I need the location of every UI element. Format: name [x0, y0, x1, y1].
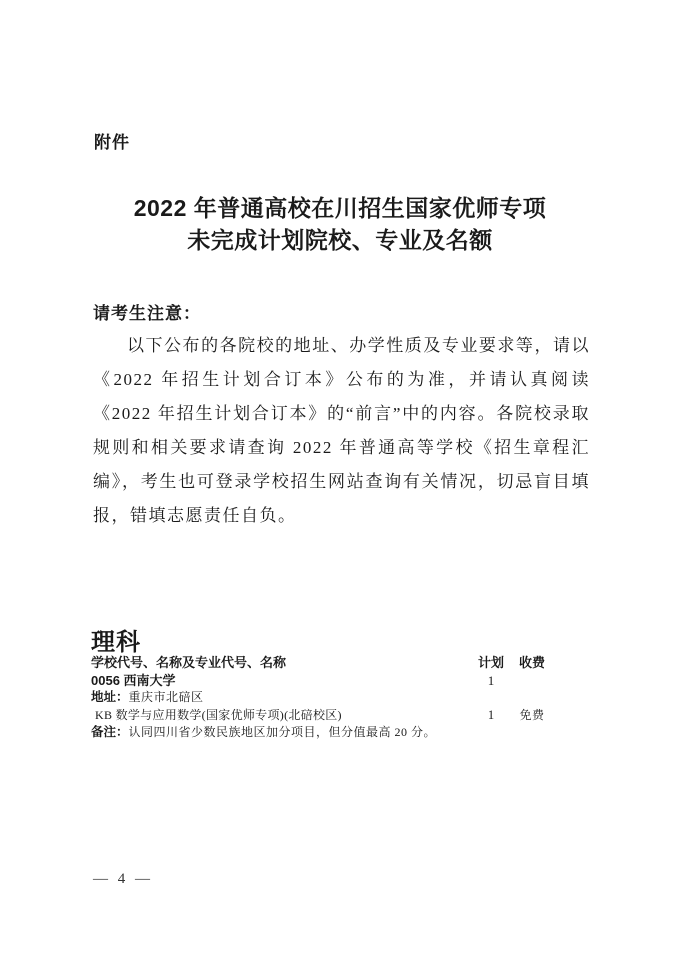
page-number: — 4 —	[93, 871, 153, 888]
table-row-address: 地址：重庆市北碚区	[91, 689, 553, 707]
plan-table: 学校代号、名称及专业代号、名称 计划 收费 0056 西南大学 1 地址：重庆市…	[91, 654, 553, 742]
document-page: 附件 2022 年普通高校在川招生国家优师专项 未完成计划院校、专业及名额 请考…	[0, 0, 680, 961]
school-plan-count: 1	[471, 672, 511, 690]
school-code-name: 0056 西南大学	[91, 672, 471, 690]
address-label: 地址：	[91, 690, 129, 704]
note-value: 认同四川省少数民族地区加分项目，但分值最高 20 分。	[129, 725, 437, 739]
table-header-row: 学校代号、名称及专业代号、名称 计划 收费	[91, 654, 553, 672]
major-code-name: KB 数学与应用数学(国家优师专项)(北碚校区)	[91, 707, 471, 725]
section-heading-science: 理科	[91, 622, 141, 657]
header-school-major-col: 学校代号、名称及专业代号、名称	[91, 654, 471, 672]
address-cell: 地址：重庆市北碚区	[91, 689, 553, 707]
major-fee: 免费	[511, 707, 553, 725]
note-cell: 备注：认同四川省少数民族地区加分项目，但分值最高 20 分。	[91, 724, 553, 742]
notice-paragraph: 以下公布的各院校的地址、办学性质及专业要求等，请以《2022 年招生计划合订本》…	[93, 329, 590, 533]
address-value: 重庆市北碚区	[129, 690, 204, 704]
header-fee-col: 收费	[511, 654, 553, 672]
document-title-line1: 2022 年普通高校在川招生国家优师专项	[0, 192, 680, 224]
table-row-school: 0056 西南大学 1	[91, 672, 553, 690]
document-title-line2: 未完成计划院校、专业及名额	[0, 224, 680, 256]
major-plan-count: 1	[471, 707, 511, 725]
note-label: 备注：	[91, 725, 129, 739]
notice-heading: 请考生注意：	[93, 299, 201, 324]
table-row-major: KB 数学与应用数学(国家优师专项)(北碚校区) 1 免费	[91, 707, 553, 725]
attachment-label: 附件	[94, 128, 130, 153]
table-row-note: 备注：认同四川省少数民族地区加分项目，但分值最高 20 分。	[91, 724, 553, 742]
document-title: 2022 年普通高校在川招生国家优师专项 未完成计划院校、专业及名额	[0, 192, 680, 256]
header-plan-col: 计划	[471, 654, 511, 672]
